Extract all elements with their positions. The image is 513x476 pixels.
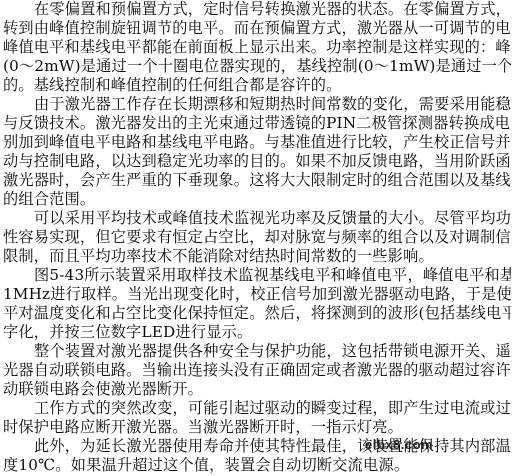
text-line: 1MHz进行取样。当光出现变化时，校正信号加到激光器驱动电路，于是使基线电平和峰…	[3, 285, 511, 304]
text-line: 峰值电平和基线电平都能在前面板上显示出来。功率控制是这样实现的：峰值电平控制	[3, 38, 511, 57]
text-line: 整个装置对激光器提供各种安全与保护功能，这包括带锁电源开关、遥控联锁电路和激	[3, 342, 511, 361]
paragraph-sampling-technique: 图5-43所示装置采用取样技术监视基线电平和峰值电平，峰值电平和基线电平均以 1…	[3, 266, 511, 342]
paragraph-feedback-technique: 由于激光器工作存在长期漂移和短期热时间常数的变化，需要采用能稳定光输出的探测 与…	[3, 95, 511, 209]
text-line: 字化，并按三位数字LED进行显示。	[3, 323, 511, 342]
text-line: 转到由峰值控制旋钮调节的电平。而在预偏置方式，激光器从一可调节的电平转到峰值电平…	[3, 19, 511, 38]
text-line: 限制，而且平均功率技术不能消除对结热时间常数的一些影响。	[3, 247, 511, 266]
text-line: 工作方式的突然改变，可能引起过驱动的瞬变过程，即产生过电流或过电压的状况，这	[3, 399, 511, 418]
text-line: 由于激光器工作存在长期漂移和短期热时间常数的变化，需要采用能稳定光输出的探测	[3, 95, 511, 114]
watermark: elbx8.com	[365, 438, 433, 452]
text-line: 光器自动联锁电路。当输出连接头没有正确固定或者激光器的驱动超过容许值时，激光器自	[3, 361, 511, 380]
text-line: 动与控制电路，以达到稳定光功率的目的。如果不加反馈电路，当用阶跃函数驱动无偏置的	[3, 152, 511, 171]
text-line: 激光器时，会产生严重的下垂现象。这将大大限制定时的组合范围以及基线电平与峰值电平	[3, 171, 511, 190]
text-line: 此外，为延长激光器使用寿命并使其特性最佳，该装置能保持其内部温升不高于环境温	[3, 437, 511, 456]
text-line: 的。基线控制和峰值控制的任何组合都是容许的。	[3, 76, 511, 95]
text-line: 可以采用平均技术或峰值技术监视光功率及反馈量的大小。尽管平均功率的探测和稳定	[3, 209, 511, 228]
paragraph-zero-bias-mode: 在零偏置和预偏置方式，定时信号转换激光器的状态。在零偏置方式，激光器从零输出 转…	[3, 0, 511, 95]
paragraph-temperature-control: 此外，为延长激光器使用寿命并使其特性最佳，该装置能保持其内部温升不高于环境温 度…	[3, 437, 511, 475]
text-line: 图5-43所示装置采用取样技术监视基线电平和峰值电平，峰值电平和基线电平均以	[3, 266, 511, 285]
text-line: 别加到峰值电平电路和基线电平电路。与基准值进行比较，产生校正信号并反馈到激光器驱	[3, 133, 511, 152]
text-line: 动联锁电路会使激光器断开。	[3, 380, 511, 399]
paragraph-safety-functions: 整个装置对激光器提供各种安全与保护功能，这包括带锁电源开关、遥控联锁电路和激 光…	[3, 342, 511, 399]
paragraph-mode-switch-protection: 工作方式的突然改变，可能引起过驱动的瞬变过程，即产生过电流或过电压的状况，这 时…	[3, 399, 511, 437]
paragraph-averaging-technique: 可以采用平均技术或峰值技术监视光功率及反馈量的大小。尽管平均功率的探测和稳定 性…	[3, 209, 511, 266]
text-line: (0～2mW)是通过一个十圈电位器实现的，基线控制(0～1mW)是通过一个三圈电…	[3, 57, 511, 76]
text-line: 在零偏置和预偏置方式，定时信号转换激光器的状态。在零偏置方式，激光器从零输出	[3, 0, 511, 19]
text-line: 时保护电路应断开激光器。当激光器断开时，一指示灯亮。	[3, 418, 511, 437]
document-page: 在零偏置和预偏置方式，定时信号转换激光器的状态。在零偏置方式，激光器从零输出 转…	[3, 0, 511, 475]
text-line: 的组合范围。	[3, 190, 511, 209]
text-line: 性容易实现，但它要求有恒定占空比，却对脉宽与频率的组合以及对调制信号波形带来一些	[3, 228, 511, 247]
text-line: 与反馈技术。激光器发出的主光束通过带透镜的PIN二极管探测器转换成电压信号，然后…	[3, 114, 511, 133]
text-line: 度10℃。如果温升超过这个值，装置会自动切断交流电源。	[3, 456, 511, 475]
text-line: 平对温度变化和占空比变化保持恒定。然后，将探测到的波形(包括基线电平和峰值电平)…	[3, 304, 511, 323]
